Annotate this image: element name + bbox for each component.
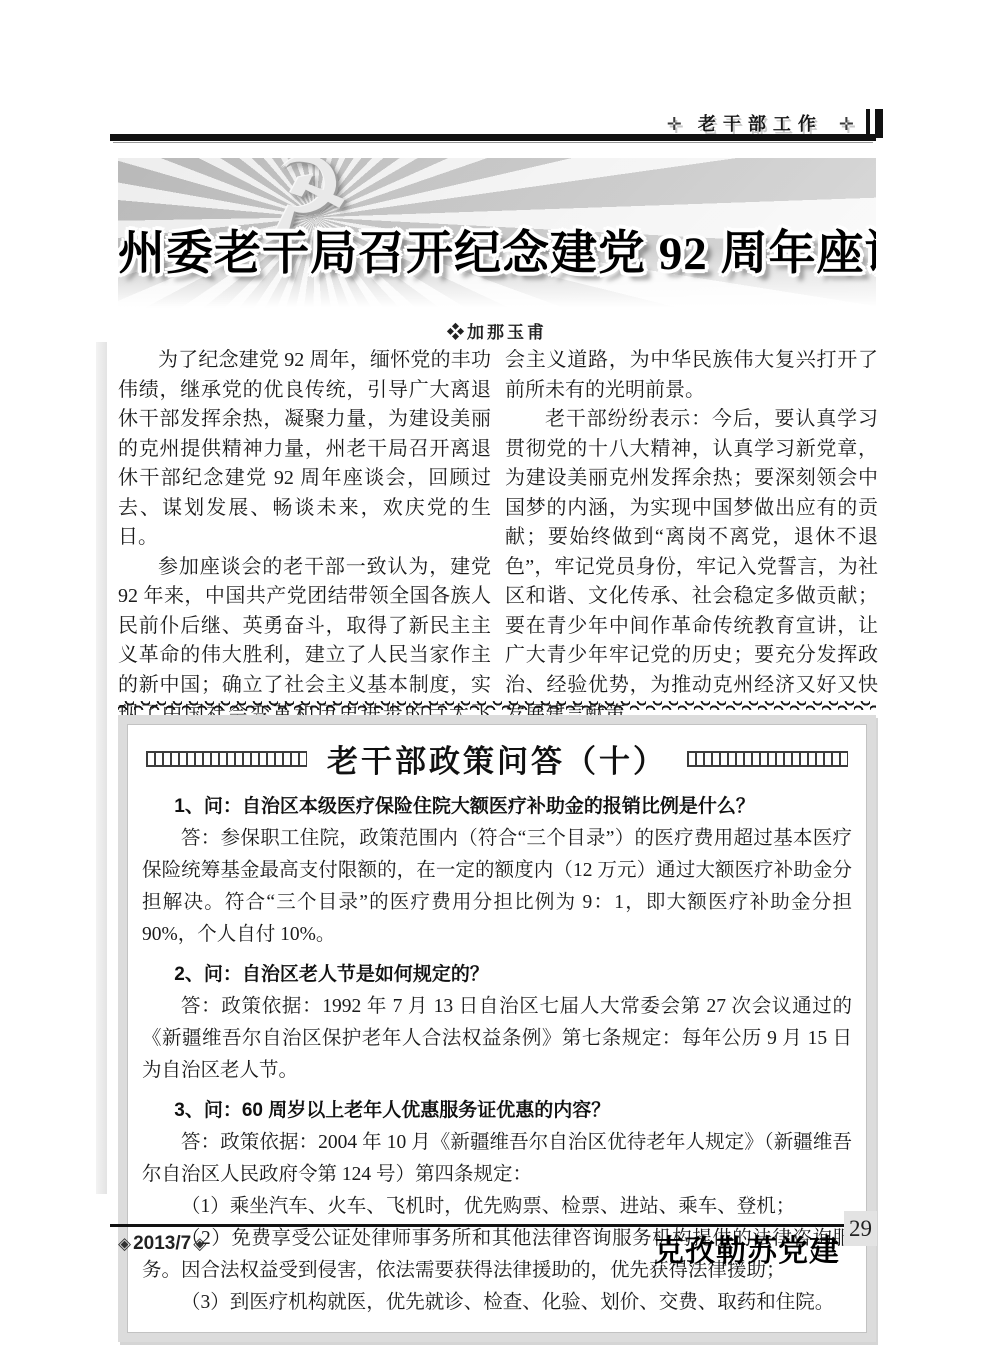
qa-answer-item: （3）到医疗机构就医，优先就诊、检查、化验、划价、交费、取药和住院。 <box>142 1287 852 1319</box>
wavy-border <box>118 701 876 710</box>
article-title: 州委老干局召开纪念建党 92 周年座谈会 <box>118 216 876 283</box>
qa-question: 1、问：自治区本级医疗保险住院大额医疗补助金的报销比例是什么？ <box>142 791 852 818</box>
diamond-ornament-icon: ◈ <box>193 1234 206 1253</box>
cross-ornament-icon: ✛ <box>839 114 854 134</box>
section-header: ✛ 老干部工作 ✛ <box>663 110 858 136</box>
diamond-ornament-icon: ❖ <box>447 323 467 342</box>
qa-answer: 答：政策依据：2004 年 10 月《新疆维吾尔自治区优待老年人规定》（新疆维吾… <box>142 1127 852 1191</box>
magazine-page: ✛ 老干部工作 ✛ ☭ 州委老干局召开纪念建党 92 周年座谈会 ❖加那玉甫 为… <box>0 0 992 1347</box>
issue-label: 2013/7 <box>133 1233 191 1254</box>
section-title: 老干部工作 <box>698 114 823 134</box>
paragraph: 会主义道路，为中华民族伟大复兴打开了前所未有的光明前景。 <box>505 346 878 405</box>
scan-edge-shadow <box>96 342 107 1194</box>
journal-name: 克孜勒苏党建 <box>654 1226 840 1270</box>
qa-answer: 答：政策依据：1992 年 7 月 13 日自治区七届人大常委会第 27 次会议… <box>142 991 852 1087</box>
header-rule <box>110 134 876 141</box>
left-column: 为了纪念建党 92 周年，缅怀党的丰功伟绩，继承党的优良传统，引导广大离退休干部… <box>118 346 491 759</box>
right-column: 会主义道路，为中华民族伟大复兴打开了前所未有的光明前景。 老干部纷纷表示：今后，… <box>505 346 878 759</box>
qa-title: 老干部政策问答（十） <box>327 736 667 781</box>
page-number: 29 <box>844 1211 877 1246</box>
meander-border-left <box>146 751 307 767</box>
qa-answer: 答：参保职工住院，政策范围内（符合“三个目录”）的医疗费用超过基本医疗保险统筹基… <box>142 823 852 951</box>
qa-answer-item: （1）乘坐汽车、火车、飞机时，优先购票、检票、进站、乘车、登机； <box>142 1191 852 1223</box>
qa-question: 3、问：60 周岁以上老年人优惠服务证优惠的内容？ <box>142 1095 852 1122</box>
article-title-banner: ☭ 州委老干局召开纪念建党 92 周年座谈会 <box>118 158 876 314</box>
qa-title-row: 老干部政策问答（十） <box>146 736 848 781</box>
article-body: 为了纪念建党 92 周年，缅怀党的丰功伟绩，继承党的优良传统，引导广大离退休干部… <box>118 346 878 759</box>
issue-date: ◈2013/7◈ <box>116 1233 208 1255</box>
author-line: ❖加那玉甫 <box>118 318 876 343</box>
author-name: 加那玉甫 <box>467 323 547 342</box>
cross-ornament-icon: ✛ <box>667 114 682 134</box>
header-corner-bars <box>866 109 883 138</box>
qa-question: 2、问：自治区老人节是如何规定的？ <box>142 959 852 986</box>
meander-border-right <box>687 751 848 767</box>
paragraph: 为了纪念建党 92 周年，缅怀党的丰功伟绩，继承党的优良传统，引导广大离退休干部… <box>118 346 491 553</box>
diamond-ornament-icon: ◈ <box>118 1234 131 1253</box>
paragraph: 老干部纷纷表示：今后，要认真学习贯彻党的十八大精神，认真学习新党章，为建设美丽克… <box>505 405 878 730</box>
